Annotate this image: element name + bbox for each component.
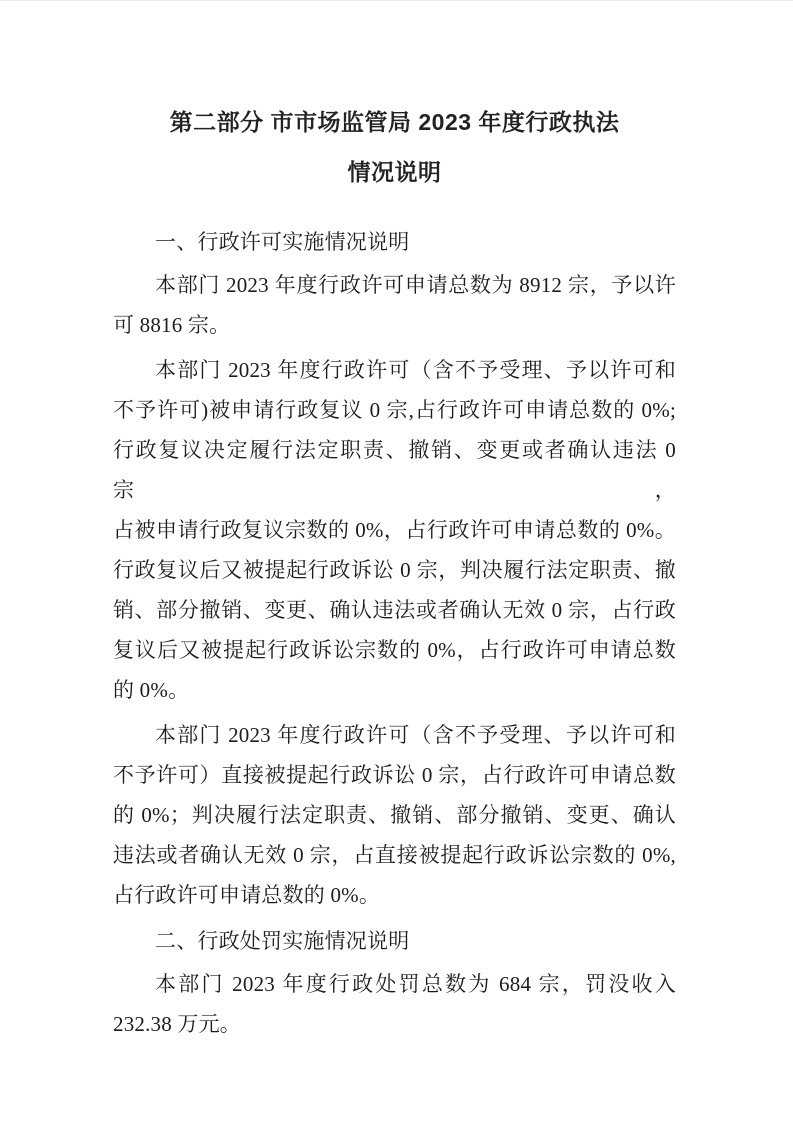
text-line: 本部门 2023 年度行政许可（含不予受理、予以许可和: [113, 715, 676, 755]
text-line: 占被申请行政复议宗数的 0%，占行政许可申请总数的 0%。: [113, 510, 676, 550]
text-line: 可 8816 宗。: [113, 305, 676, 345]
section-heading-2: 二、行政处罚实施情况说明: [113, 921, 676, 961]
text-line: 不予许可)被申请行政复议 0 宗,占行政许可申请总数的 0%;: [113, 390, 676, 430]
document-title-line-2: 情况说明: [113, 147, 676, 197]
section-administrative-penalty: 二、行政处罚实施情况说明 本部门 2023 年度行政处罚总数为 684 宗，罚没…: [113, 921, 676, 1044]
text-line: 销、部分撤销、变更、确认违法或者确认无效 0 宗，占行政: [113, 590, 676, 630]
document-page: 第二部分 市市场监管局 2023 年度行政执法 情况说明 一、行政许可实施情况说…: [0, 0, 793, 1122]
document-body: 一、行政许可实施情况说明 本部门 2023 年度行政许可申请总数为 8912 宗…: [113, 222, 676, 1044]
section-heading-1: 一、行政许可实施情况说明: [113, 222, 676, 262]
text-line: 行政复议决定履行法定职责、撤销、变更或者确认违法 0 宗，: [113, 430, 676, 510]
text-line: 行政复议后又被提起行政诉讼 0 宗，判决履行法定职责、撤: [113, 550, 676, 590]
text-line: 232.38 万元。: [113, 1004, 676, 1044]
paragraph-licensing-totals: 本部门 2023 年度行政许可申请总数为 8912 宗，予以许 可 8816 宗…: [113, 265, 676, 345]
paragraph-licensing-litigation: 本部门 2023 年度行政许可（含不予受理、予以许可和 不予许可）直接被提起行政…: [113, 715, 676, 915]
text-line: 的 0%。: [113, 670, 676, 710]
text-line: 复议后又被提起行政诉讼宗数的 0%，占行政许可申请总数: [113, 630, 676, 670]
text-line: 本部门 2023 年度行政许可申请总数为 8912 宗，予以许: [113, 265, 676, 305]
document-content: 第二部分 市市场监管局 2023 年度行政执法 情况说明 一、行政许可实施情况说…: [0, 1, 793, 1044]
text-line: 不予许可）直接被提起行政诉讼 0 宗，占行政许可申请总数: [113, 755, 676, 795]
paragraph-licensing-reconsideration: 本部门 2023 年度行政许可（含不予受理、予以许可和 不予许可)被申请行政复议…: [113, 350, 676, 710]
text-line: 的 0%；判决履行法定职责、撤销、部分撤销、变更、确认: [113, 795, 676, 835]
text-line: 占行政许可申请总数的 0%。: [113, 875, 676, 915]
document-title-line-1: 第二部分 市市场监管局 2023 年度行政执法: [113, 97, 676, 147]
text-line: 本部门 2023 年度行政许可（含不予受理、予以许可和: [113, 350, 676, 390]
section-administrative-licensing: 一、行政许可实施情况说明 本部门 2023 年度行政许可申请总数为 8912 宗…: [113, 222, 676, 915]
document-title: 第二部分 市市场监管局 2023 年度行政执法 情况说明: [113, 97, 676, 197]
text-line: 违法或者确认无效 0 宗，占直接被提起行政诉讼宗数的 0%,: [113, 835, 676, 875]
text-line: 本部门 2023 年度行政处罚总数为 684 宗，罚没收入: [113, 964, 676, 1004]
paragraph-penalty-totals: 本部门 2023 年度行政处罚总数为 684 宗，罚没收入 232.38 万元。: [113, 964, 676, 1044]
